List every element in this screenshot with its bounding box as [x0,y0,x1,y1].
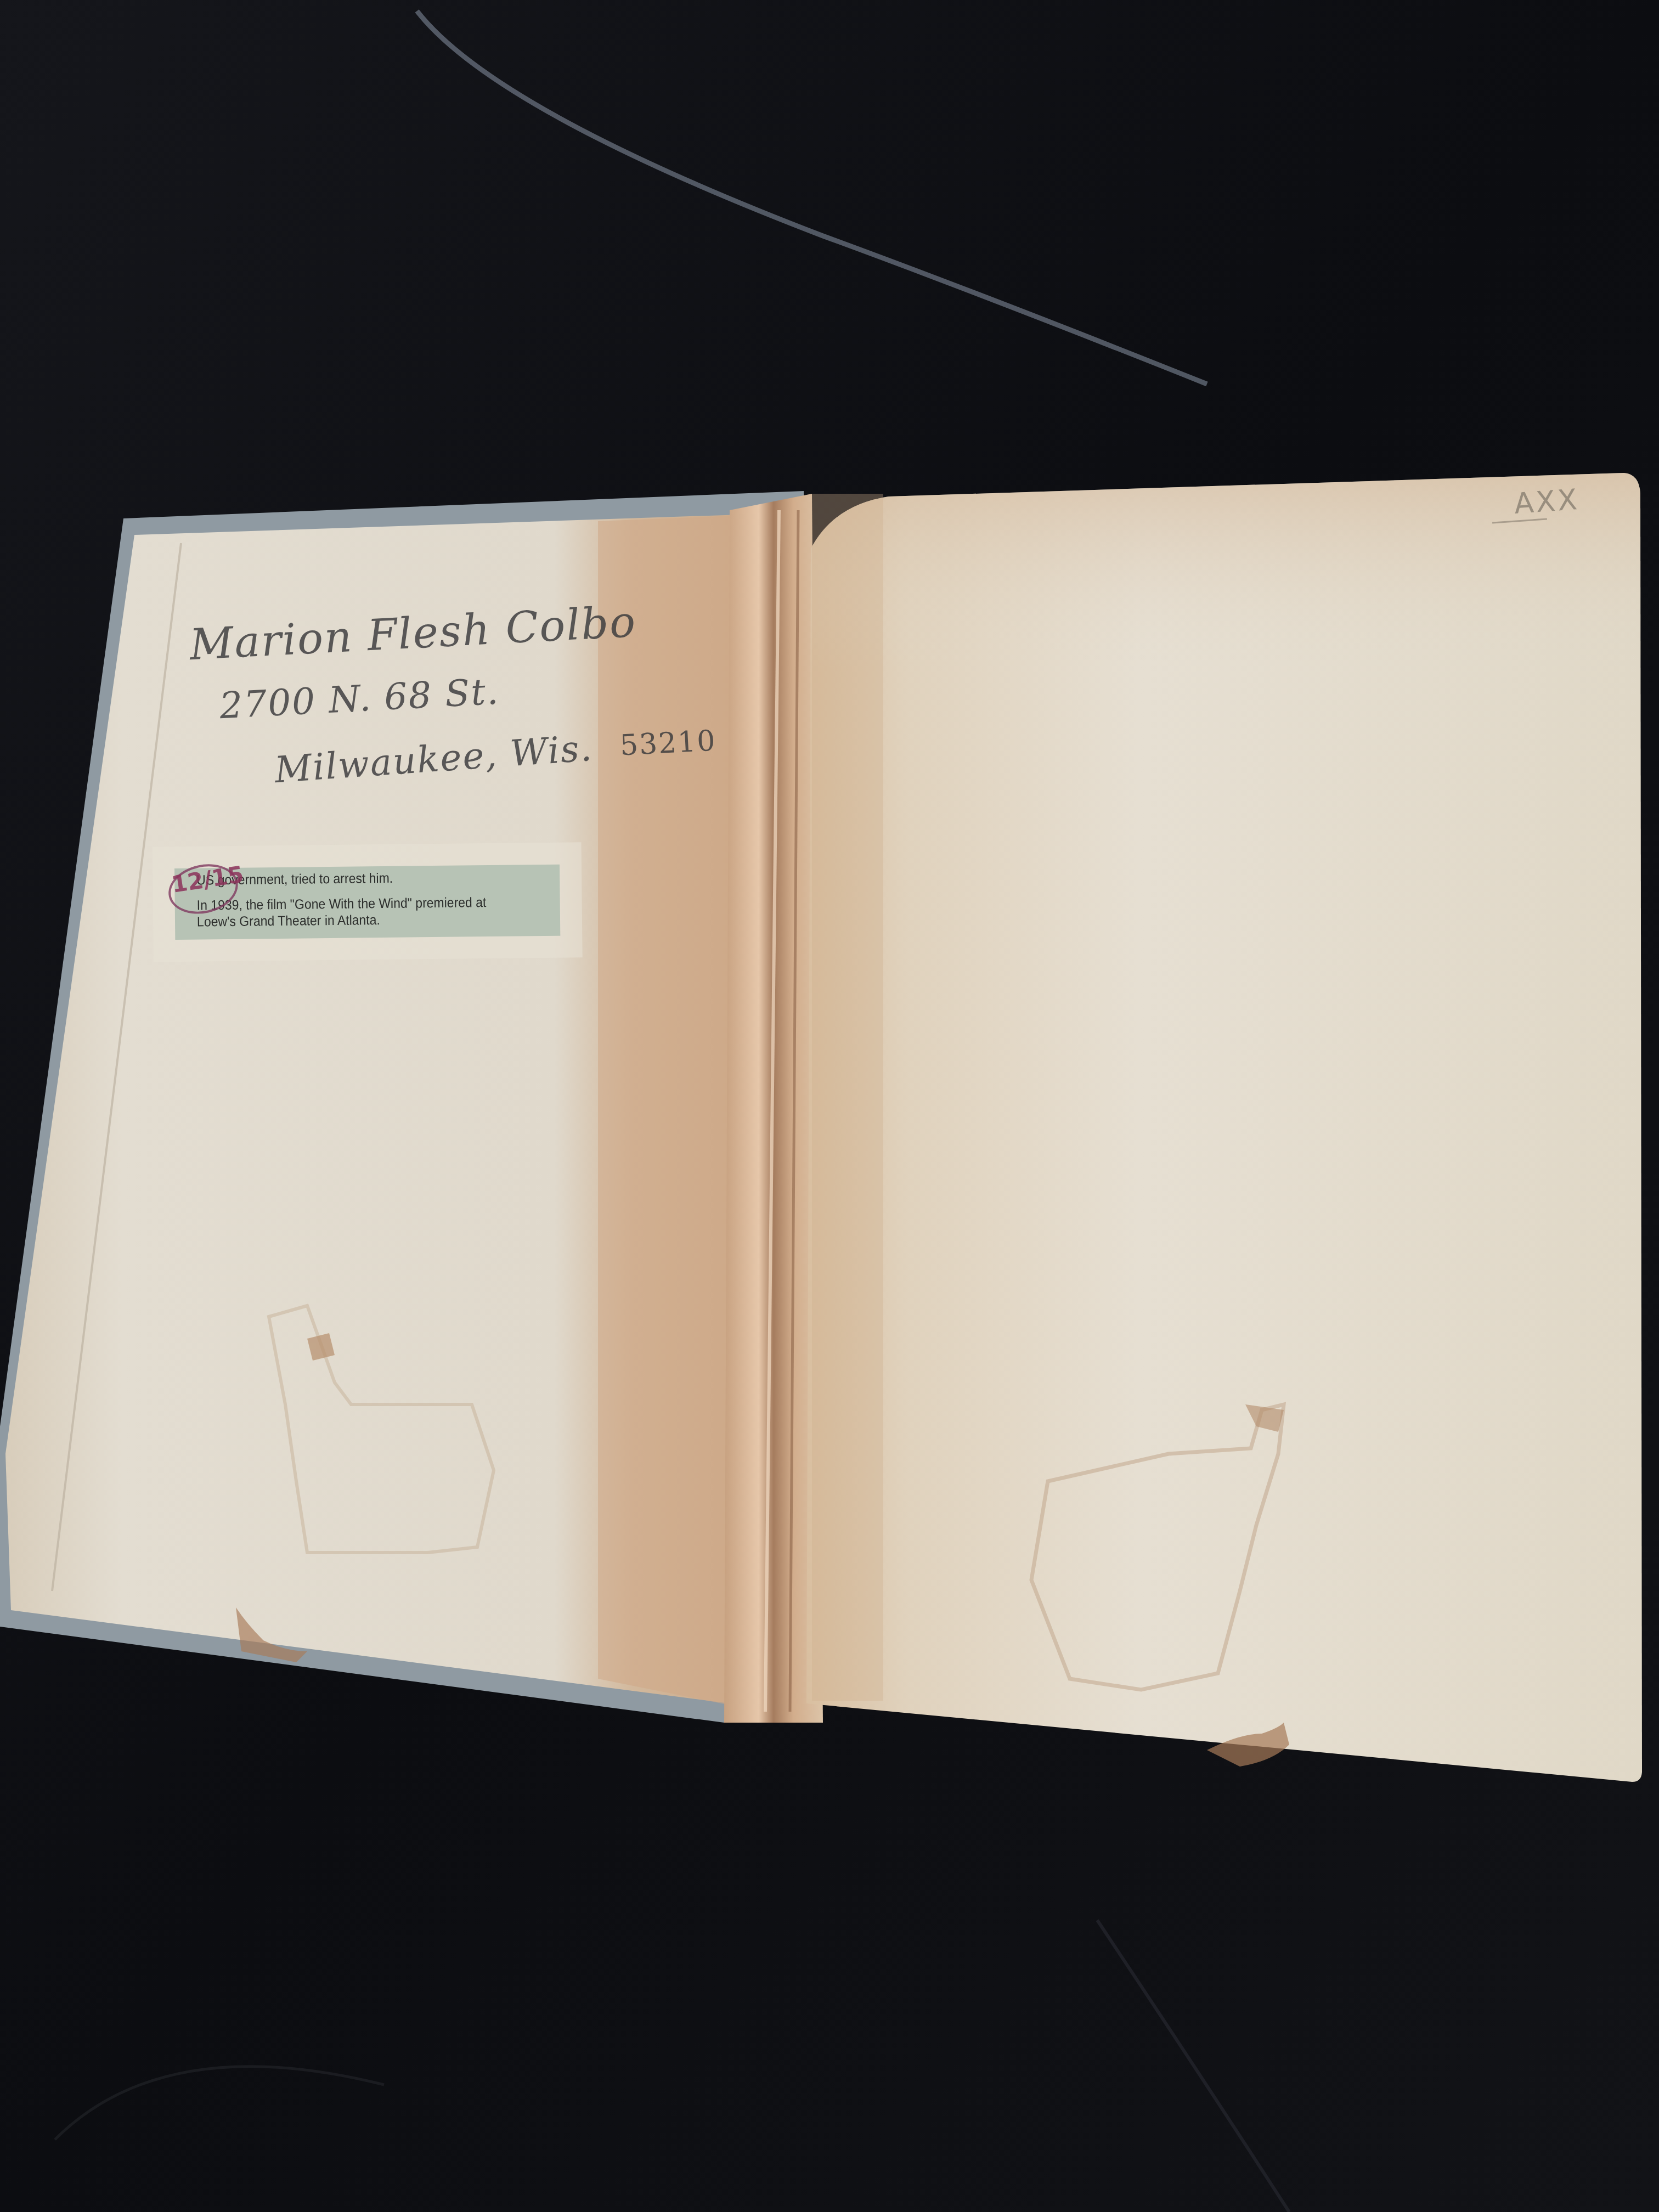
inscription-zip: 53210 [619,724,717,762]
photo-scene: Marion Flesh Colbo 2700 N. 68 St. Milwau… [0,0,1659,2212]
clipping-line-2: In 1939, the film "Gone With the Wind" p… [197,895,487,914]
book-photo [0,0,1659,2212]
pencil-corner-mark: AXX [1513,483,1581,521]
newspaper-clipping: US government, tried to arrest him. In 1… [174,865,560,940]
clipping-line-3: Loew's Grand Theater in Atlanta. [197,912,380,930]
